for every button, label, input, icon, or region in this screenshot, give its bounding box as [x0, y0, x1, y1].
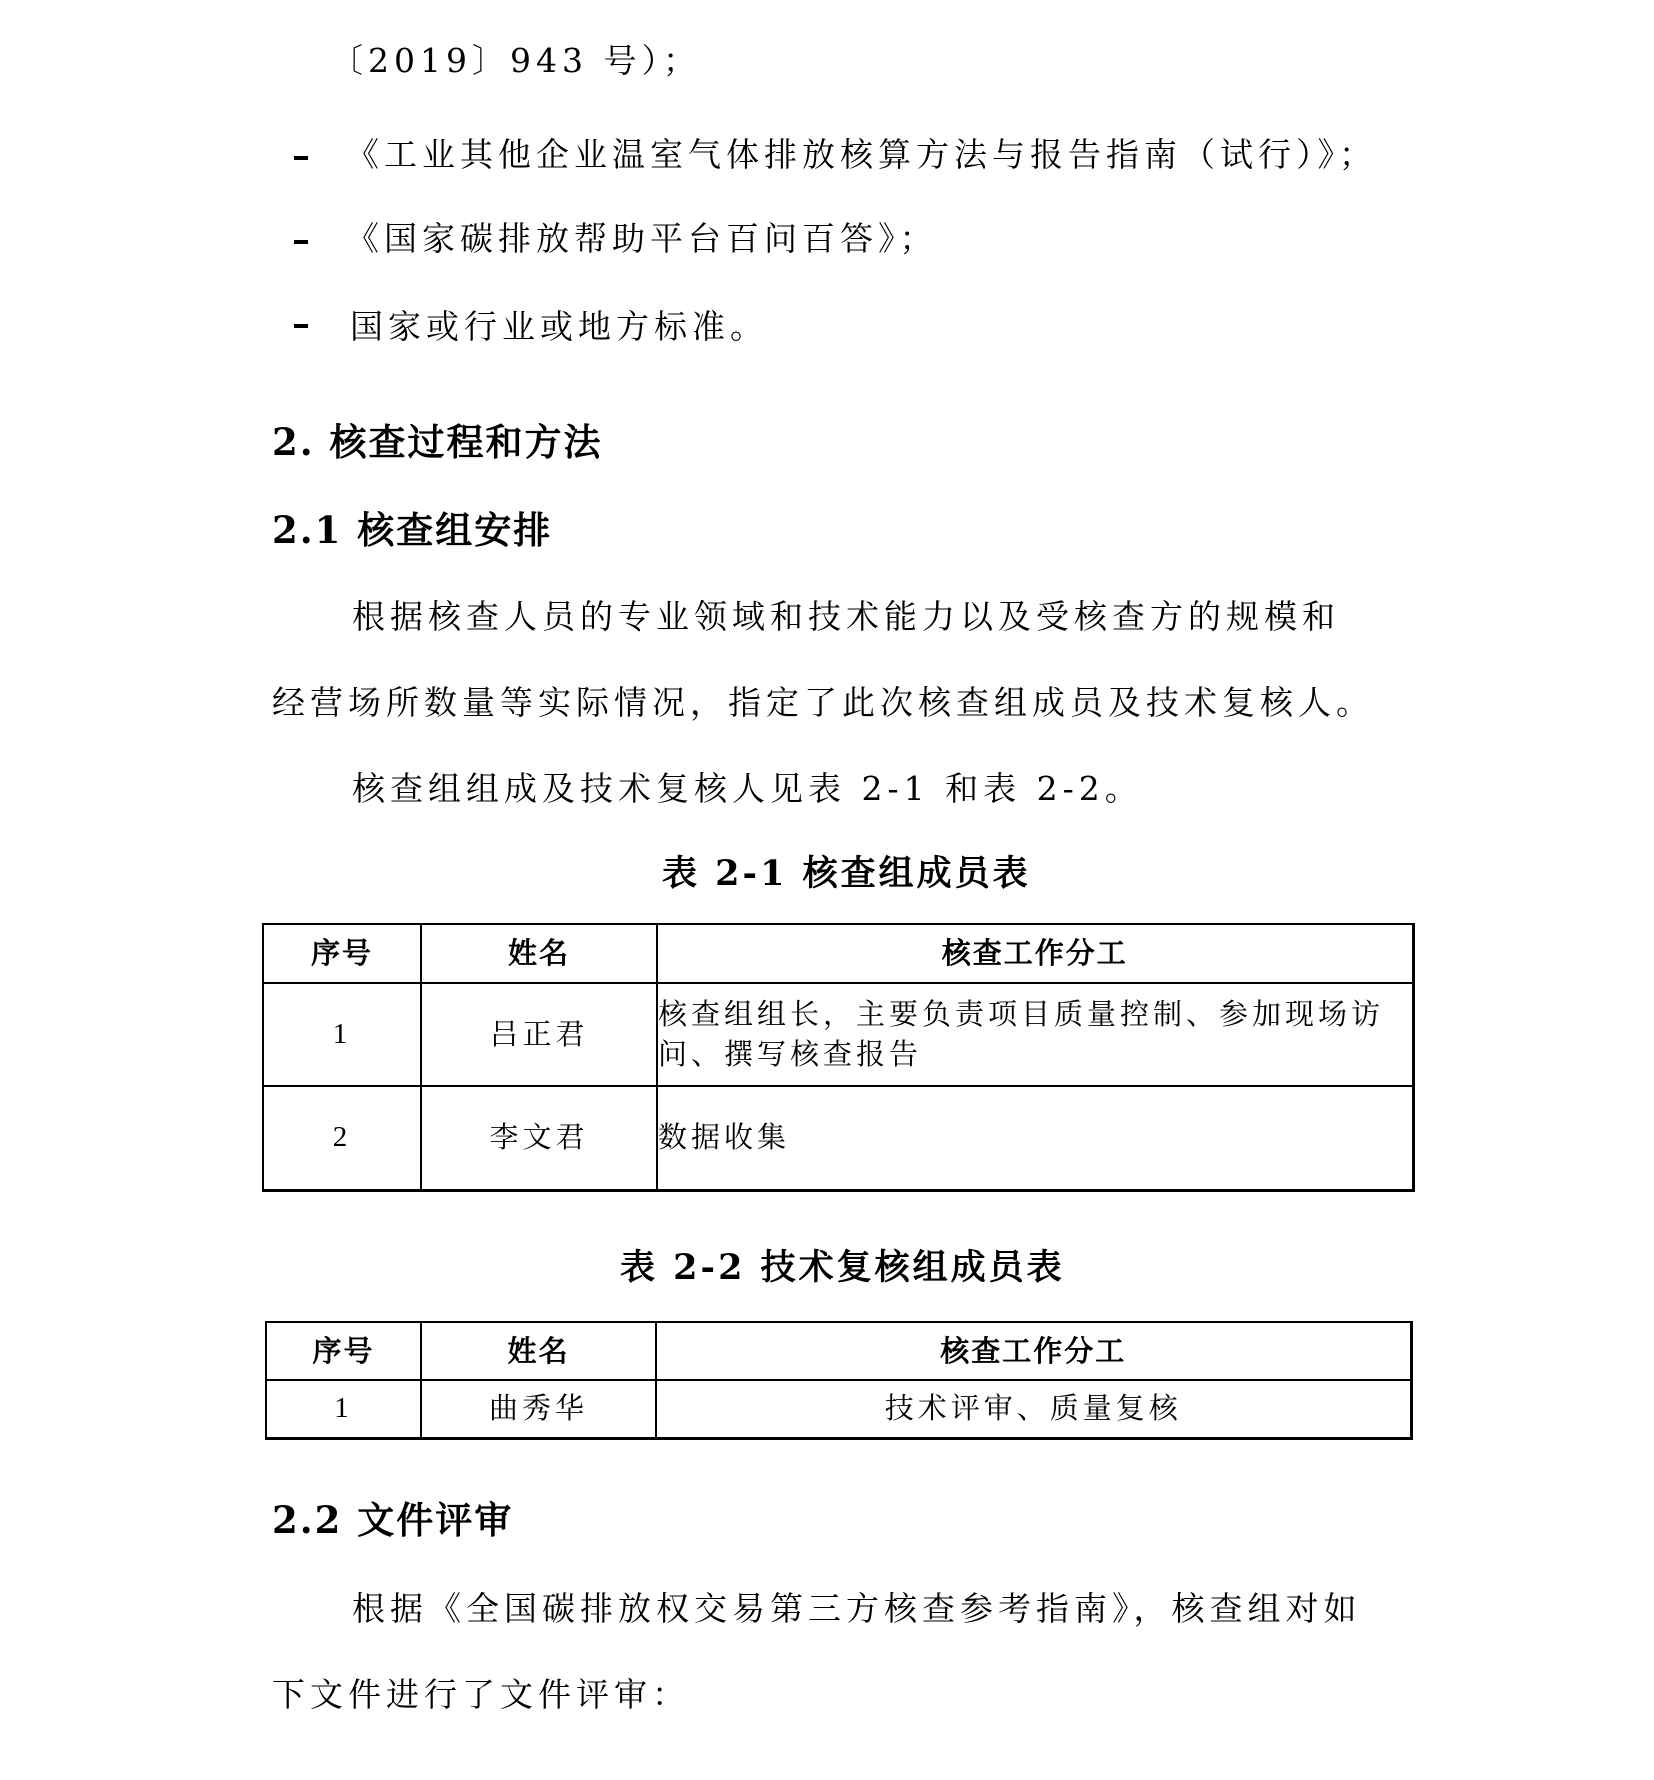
- section-heading-2-2: 2.2 文件评审: [272, 1502, 513, 1539]
- cell-name: 曲秀华: [421, 1380, 656, 1438]
- table-2-1-members: 序号 姓名 核查工作分工 1 吕正君 核查组组长，主要负责项目质量控制、参加现场…: [262, 923, 1415, 1192]
- header-cell-duty: 核查工作分工: [656, 1322, 1411, 1380]
- cell-duty: 核查组组长，主要负责项目质量控制、参加现场访问、撰写核查报告: [657, 983, 1413, 1086]
- header-cell-no: 序号: [266, 1322, 421, 1380]
- bullet-dash-icon: [294, 324, 308, 328]
- table-2-2-caption: 表 2-2 技术复核组成员表: [620, 1250, 1065, 1285]
- cell-no: 1: [263, 983, 421, 1086]
- header-cell-no: 序号: [263, 924, 421, 983]
- paragraph-2-2-line-2: 下文件进行了文件评审：: [272, 1678, 690, 1711]
- reference-item-1: 《工业其他企业温室气体排放核算方法与报告指南（试行）》；: [346, 138, 1377, 171]
- continuation-line: 〔2019〕943 号）；: [330, 44, 701, 77]
- table-row: 2 李文君 数据收集: [263, 1086, 1413, 1190]
- table-header-row: 序号 姓名 核查工作分工: [263, 924, 1413, 983]
- table-2-2-review-members: 序号 姓名 核查工作分工 1 曲秀华 技术评审、质量复核: [265, 1321, 1413, 1440]
- header-cell-duty: 核查工作分工: [657, 924, 1413, 983]
- table-row: 1 曲秀华 技术评审、质量复核: [266, 1380, 1411, 1438]
- cell-no: 2: [263, 1086, 421, 1190]
- bullet-dash-icon: [294, 240, 308, 244]
- paragraph-2-1-line-2: 经营场所数量等实际情况，指定了此次核查组成员及技术复核人。: [272, 686, 1374, 719]
- paragraph-2-1-line-1: 根据核查人员的专业领域和技术能力以及受核查方的规模和: [352, 600, 1340, 633]
- section-heading-2-1: 2.1 核查组安排: [272, 512, 552, 549]
- table-2-1-caption: 表 2-1 核查组成员表: [662, 856, 1031, 891]
- reference-item-2: 《国家碳排放帮助平台百问百答》；: [346, 222, 938, 255]
- paragraph-2-1-tables-ref: 核查组组成及技术复核人见表 2-1 和表 2-2。: [352, 772, 1143, 805]
- cell-name: 吕正君: [421, 983, 657, 1086]
- cell-no: 1: [266, 1380, 421, 1438]
- bullet-dash-icon: [294, 156, 308, 160]
- reference-item-3: 国家或行业或地方标准。: [350, 310, 768, 343]
- cell-duty: 技术评审、质量复核: [656, 1380, 1411, 1438]
- header-cell-name: 姓名: [421, 1322, 656, 1380]
- table-header-row: 序号 姓名 核查工作分工: [266, 1322, 1411, 1380]
- paragraph-2-2-line-1: 根据《全国碳排放权交易第三方核查参考指南》，核查组对如: [352, 1592, 1362, 1625]
- header-cell-name: 姓名: [421, 924, 657, 983]
- cell-duty: 数据收集: [657, 1086, 1413, 1190]
- section-heading-2: 2. 核查过程和方法: [272, 424, 603, 461]
- table-row: 1 吕正君 核查组组长，主要负责项目质量控制、参加现场访问、撰写核查报告: [263, 983, 1413, 1086]
- cell-name: 李文君: [421, 1086, 657, 1190]
